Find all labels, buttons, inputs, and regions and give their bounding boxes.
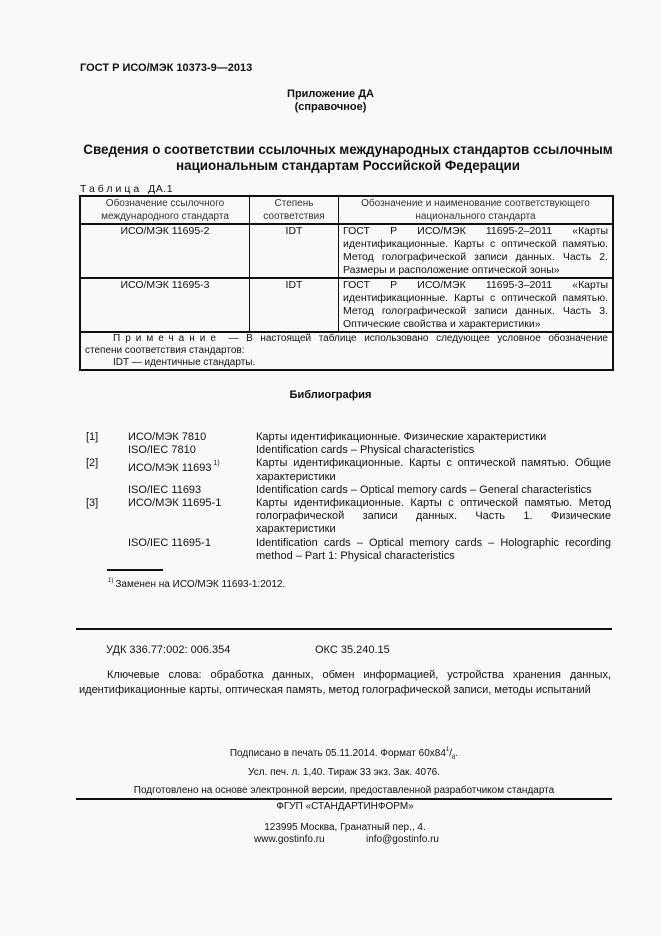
national-standard-line-1: ГОСТ Р ИСО/МЭК 11695-3–2011 «Карты [343,279,608,292]
bibliography-list: [1] ИСО/МЭК 7810 Карты идентификационные… [86,431,611,563]
entry-number: [2] [86,457,128,483]
entry-id-en: ISO/IEC 11693 [128,484,256,497]
keywords-line-1: Ключевые слова: обработка данных, обмен … [79,668,611,683]
entry-id-ru: ИСО/МЭК 11695-1 [128,497,256,537]
table-caption-number: ДА.1 [148,183,173,195]
format-numerator: 1 [446,747,449,753]
keywords-line-2: идентификационные карты, оптическая памя… [79,684,591,696]
cell-national-standard: ГОСТ Р ИСО/МЭК 11695-3–2011 «Карты идент… [339,278,614,332]
imprint-signed: Подписано в печать 05.11.2014. Формат 60… [0,747,661,761]
entry-id-ru-text: ИСО/МЭК 11693 [128,462,212,474]
footnote-text: Заменен на ИСО/МЭК 11693-1:2012. [115,579,285,590]
entry-number: [3] [86,497,128,537]
footnote-mark: 1) [108,578,113,584]
udk-code: УДК 336.77:002: 006.354 [106,644,230,656]
table-note-row: Примечание — В настоящей таблице использ… [80,332,613,370]
note-line-3: IDT — идентичные стандарты. [85,357,608,369]
cell-intl-standard: ИСО/МЭК 11695-2 [80,224,250,278]
imprint-divider [76,798,612,800]
national-standard-rest: идентификационные. Карты с оптической па… [343,238,608,276]
note-text-1: — В настоящей таблице использовано следу… [228,333,608,344]
publisher-website[interactable]: www.gostinfo.ru [254,834,325,845]
national-standard-rest: идентификационные. Карты с оптической па… [343,292,608,330]
title-line-1: Сведения о соответствии ссылочных междун… [78,142,618,158]
entry-id-ru: ИСО/МЭК 7810 [128,431,256,444]
entry-id-en: ISO/IEC 11695-1 [128,537,256,563]
cell-degree: IDT [250,224,339,278]
annex-type: (справочное) [0,101,661,114]
table-row: ИСО/МЭК 11695-3 IDT ГОСТ Р ИСО/МЭК 11695… [80,278,613,332]
entry-id-en: ISO/IEC 7810 [128,444,256,457]
cell-national-standard: ГОСТ Р ИСО/МЭК 11695-2–2011 «Карты идент… [339,224,614,278]
bibliography-entry-ru: [2] ИСО/МЭК 116931) Карты идентификацион… [86,457,611,483]
footnote-ref: 1) [214,460,220,467]
bibliography-entry-en: ISO/IEC 11695-1 Identification cards – O… [86,537,611,563]
entry-text-ru: Карты идентификационные. Карты с оптичес… [256,497,611,537]
title-line-2: национальным стандартам Российской Федер… [78,158,618,174]
cell-intl-standard: ИСО/МЭК 11695-3 [80,278,250,332]
bibliography-entry-ru: [3] ИСО/МЭК 11695-1 Карты идентификацион… [86,497,611,537]
document-code: ГОСТ Р ИСО/МЭК 10373-9—2013 [80,62,252,74]
column-header-intl: Обозначение ссылочного международного ст… [80,196,250,224]
bibliography-entry-en: ISO/IEC 11693 Identification cards – Opt… [86,484,611,497]
note-label: Примечание [113,333,221,344]
entry-text-ru: Карты идентификационные. Карты с оптичес… [256,457,611,483]
imprint-signed-text: Подписано в печать 05.11.2014. Формат 60… [230,748,446,759]
entry-text-en: Identification cards – Optical memory ca… [256,537,611,563]
entry-id-ru: ИСО/МЭК 116931) [128,457,256,483]
table-header-row: Обозначение ссылочного международного ст… [80,196,613,224]
correspondence-table: Обозначение ссылочного международного ст… [79,195,614,371]
column-header-national: Обозначение и наименование соответствующ… [339,196,614,224]
format-denominator: 8 [452,755,455,761]
imprint-print-info: Усл. печ. л. 1,40. Тираж 33 экз. Зак. 40… [0,767,661,778]
entry-text-en: Identification cards – Physical characte… [256,444,611,457]
table-caption-word: Таблица [80,183,142,195]
bibliography-title: Библиография [0,389,661,401]
note-line-1: Примечание — В настоящей таблице использ… [85,333,608,345]
bibliography-entry-en: ISO/IEC 7810 Identification cards – Phys… [86,444,611,457]
keywords: Ключевые слова: обработка данных, обмен … [79,668,611,698]
publisher-name: ФГУП «СТАНДАРТИНФОРМ» [0,801,661,812]
national-standard-line-1: ГОСТ Р ИСО/МЭК 11695-2–2011 «Карты [343,225,608,238]
publisher-email[interactable]: info@gostinfo.ru [366,834,439,845]
cell-degree: IDT [250,278,339,332]
column-header-degree: Степень соответствия [250,196,339,224]
section-divider [76,628,612,630]
annex-title: Приложение ДА [0,88,661,101]
footnote: 1)Заменен на ИСО/МЭК 11693-1:2012. [108,578,285,590]
entry-text-en: Identification cards – Optical memory ca… [256,484,611,497]
footnote-divider [107,569,163,571]
annex-heading: Приложение ДА (справочное) [0,88,661,114]
table-row: ИСО/МЭК 11695-2 IDT ГОСТ Р ИСО/МЭК 11695… [80,224,613,278]
table-caption: ТаблицаДА.1 [80,183,173,195]
entry-text-ru: Карты идентификационные. Физические хара… [256,431,611,444]
imprint-prepared: Подготовлено на основе электронной верси… [0,785,661,796]
bibliography-entry-ru: [1] ИСО/МЭК 7810 Карты идентификационные… [86,431,611,444]
entry-number: [1] [86,431,128,444]
note-line-2: степени соответствия стандартов: [85,345,608,357]
page-title: Сведения о соответствии ссылочных междун… [78,142,618,174]
table-note: Примечание — В настоящей таблице использ… [80,332,613,370]
publisher-address: 123995 Москва, Гранатный пер., 4. [0,822,661,833]
oks-code: ОКС 35.240.15 [315,644,390,656]
